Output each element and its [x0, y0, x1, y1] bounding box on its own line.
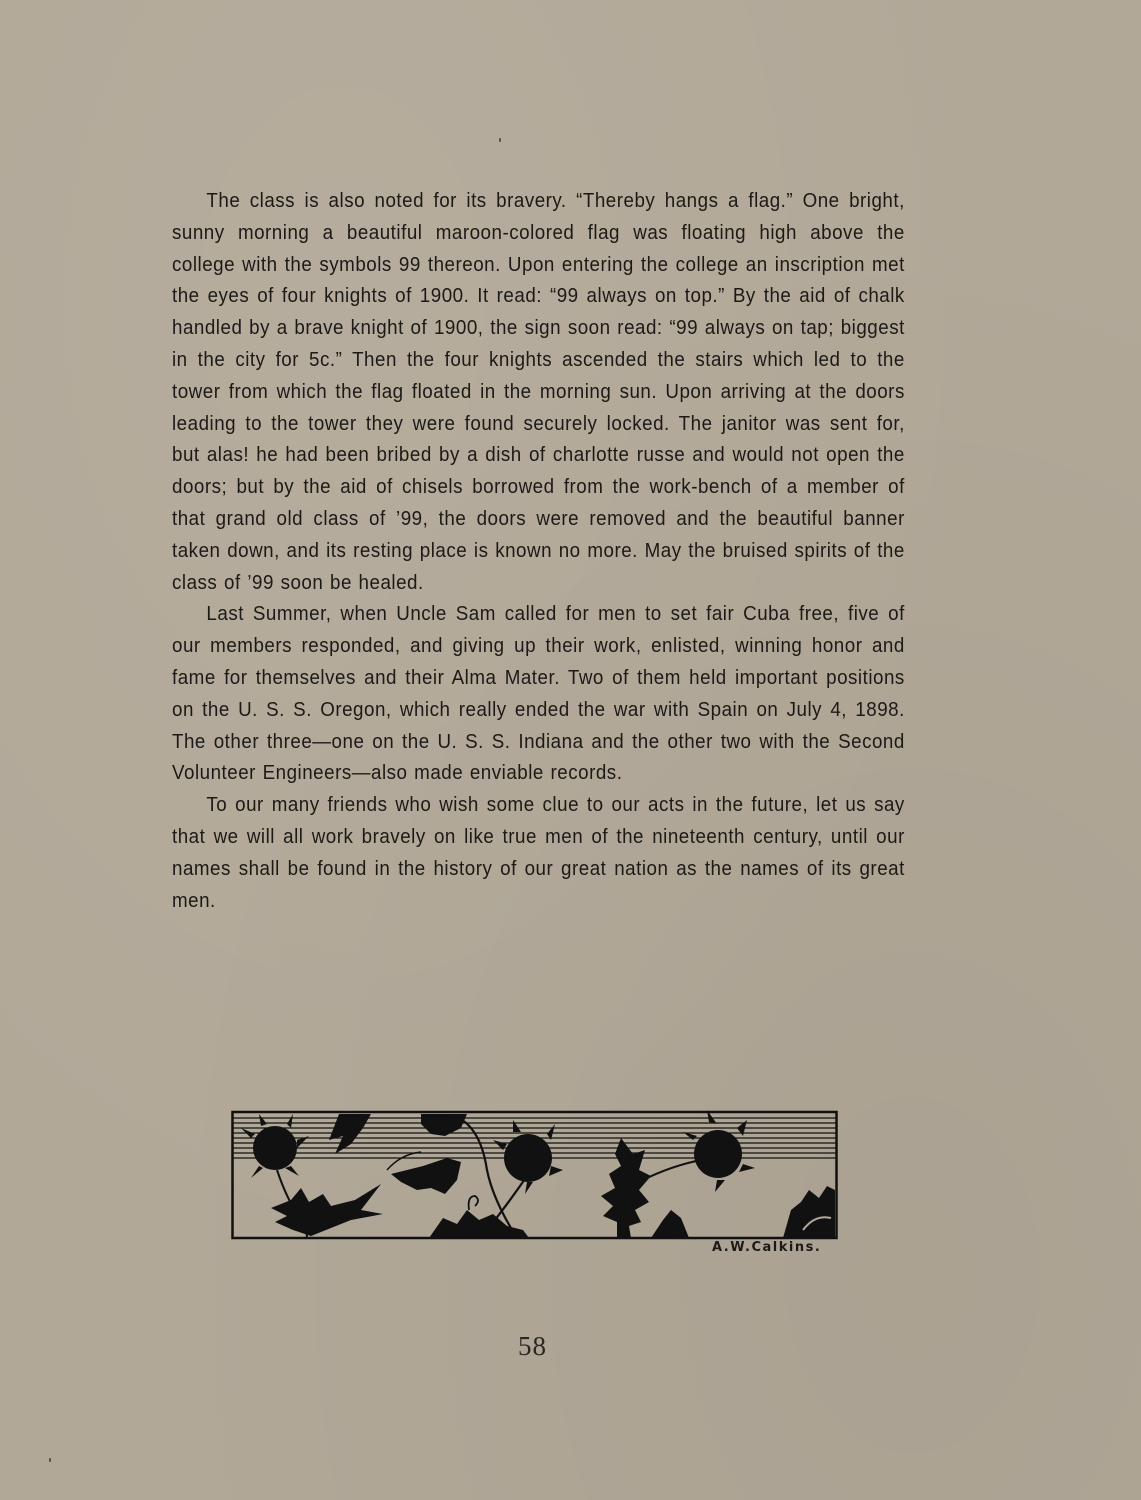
paragraph-bravery: The class is also noted for its bravery.…	[172, 186, 905, 599]
thistle-vignette-icon	[231, 1110, 838, 1240]
paragraph-war-service: Last Summer, when Uncle Sam called for m…	[172, 599, 905, 790]
artist-signature: A.W.Calkins.	[712, 1240, 821, 1255]
paper-speck	[499, 138, 501, 142]
book-page: The class is also noted for its bravery.…	[0, 0, 1141, 1500]
body-text: The class is also noted for its bravery.…	[172, 186, 905, 917]
thistle-illustration	[231, 1110, 838, 1240]
paragraph-future: To our many friends who wish some clue t…	[172, 790, 905, 917]
paper-speck	[49, 1458, 51, 1462]
page-number: 58	[518, 1331, 547, 1362]
